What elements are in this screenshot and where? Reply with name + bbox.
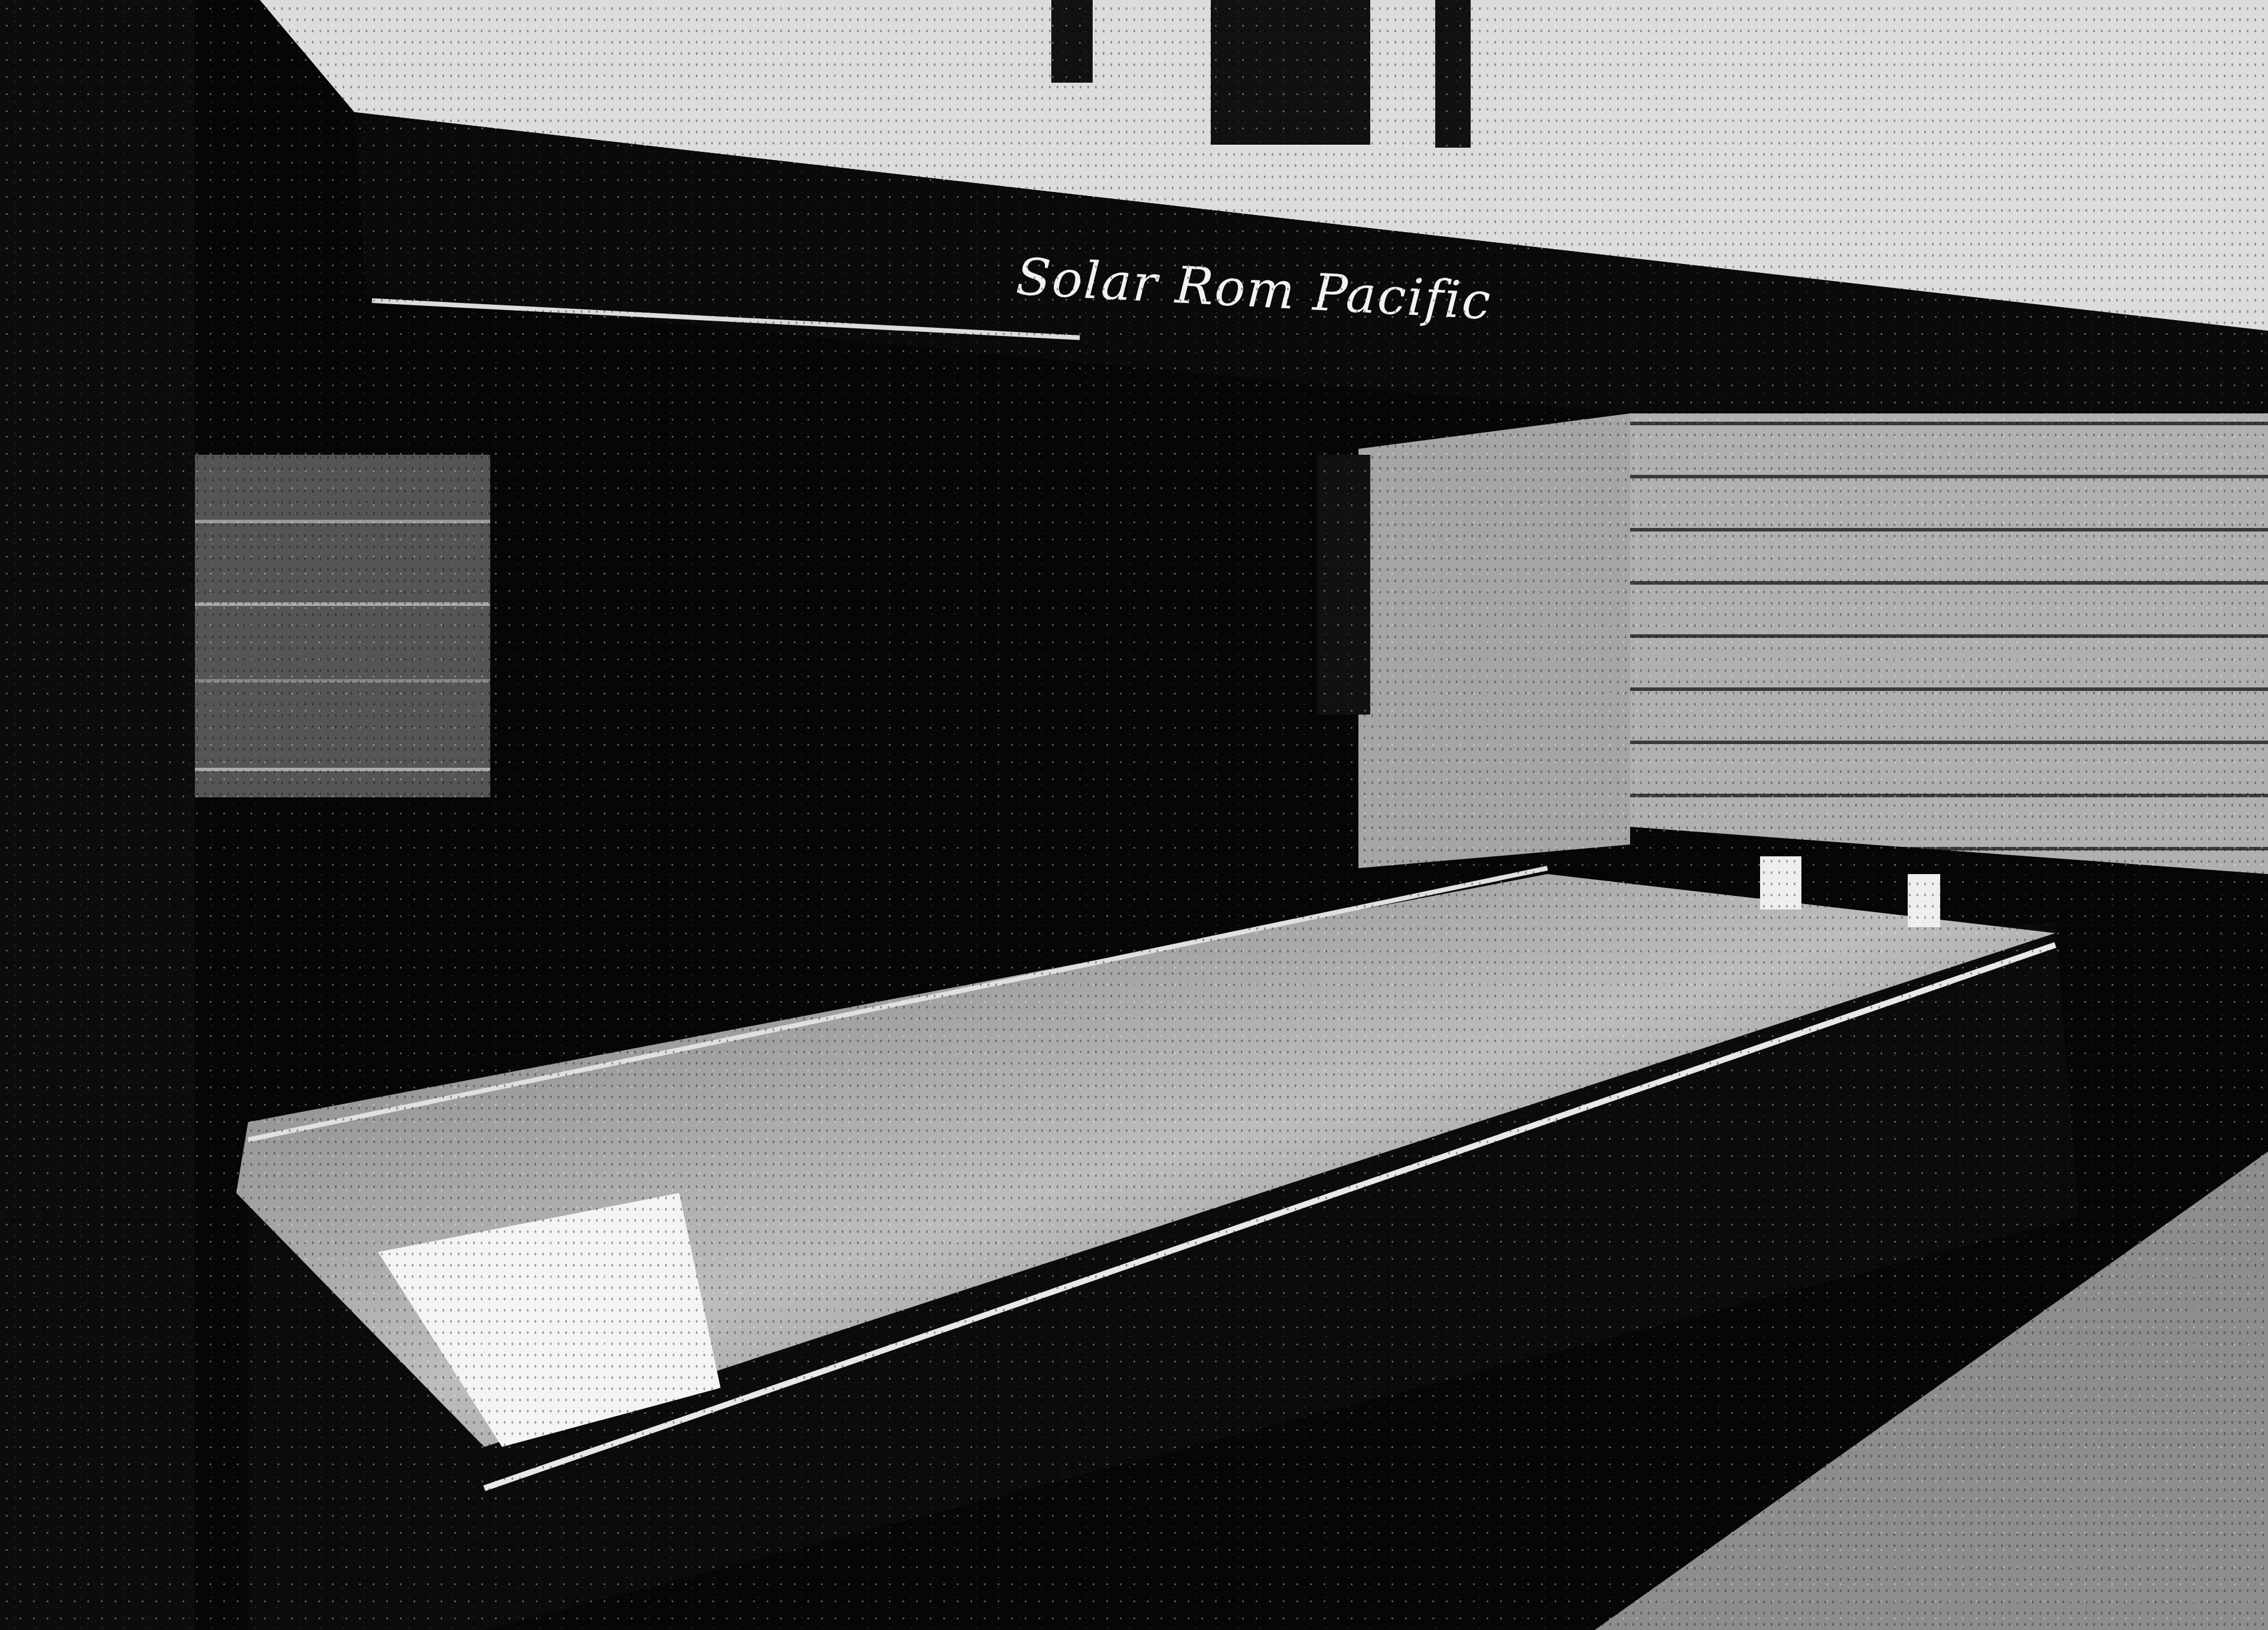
photo: Solar Rom Pacific <box>0 0 2268 1630</box>
tanning-bed-illustration <box>0 0 2268 1630</box>
